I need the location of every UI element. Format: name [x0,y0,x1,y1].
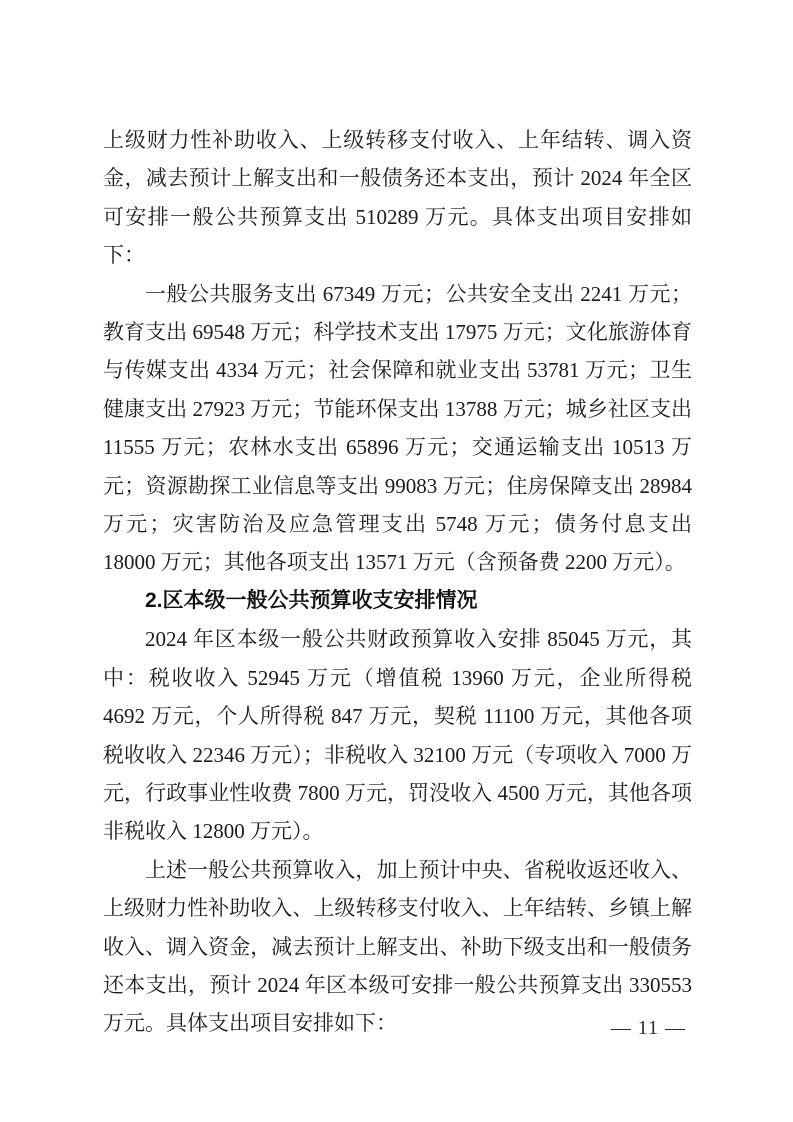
page-number: — 11 — [611,1014,686,1042]
paragraph-district-level-summary: 上述一般公共预算收入，加上预计中央、省税收返还收入、上级财力性补助收入、上级转移… [103,851,692,1043]
paragraph-district-level-revenue: 2024 年区本级一般公共财政预算收入安排 85045 万元，其中：税收收入 5… [103,620,692,850]
paragraph-expenditure-breakdown: 一般公共服务支出 67349 万元；公共安全支出 2241 万元；教育支出 69… [103,275,692,582]
document-body: 上级财力性补助收入、上级转移支付收入、上年结转、调入资金，减去预计上解支出和一般… [103,121,692,1043]
section-heading-district-level-budget: 2.区本级一般公共预算收支安排情况 [103,582,692,620]
document-page: 上级财力性补助收入、上级转移支付收入、上年结转、调入资金，减去预计上解支出和一般… [0,0,793,1122]
paragraph-district-total-expenditure: 上级财力性补助收入、上级转移支付收入、上年结转、调入资金，减去预计上解支出和一般… [103,121,692,275]
